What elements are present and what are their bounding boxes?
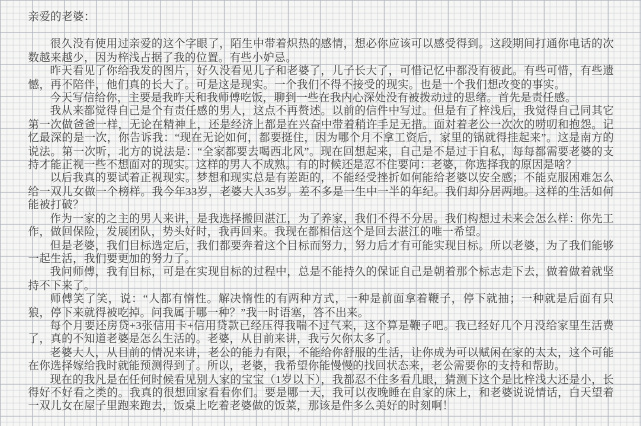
letter-paragraph-12: 现在的我凡是在任何时候看见别人家的宝宝（1岁以下），我都忍不住多看几眼，猜测下这… [28, 374, 614, 414]
letter-paragraph-4: 我从来都觉得自己是个有责任感的男人，这点不再赘述。以前的信件中写过。但是有了梓浅… [28, 105, 614, 172]
letter-paragraph-2: 昨天看见了你给我发的图片，好久没看见儿子和老婆了，儿子长大了，可惜记忆中都没有彼… [28, 65, 614, 92]
letter-salutation: 亲爱的老婆： [28, 11, 614, 24]
graph-paper-page: 亲爱的老婆： 很久没有使用过亲爱的这个字眼了，陌生中带着炽热的感情，想必你应该可… [0, 0, 641, 426]
letter-paragraph-7: 但是老婆，我们目标选定后，我们都要奔着这个目标而努力，努力后才有可能实现目标。所… [28, 240, 614, 267]
letter-paragraph-3: 今天写信给你，主要是我昨天和我师傅吃饭，聊到一些在我内心深处没有被拨动过的思绪。… [28, 92, 614, 105]
letter-body: 亲爱的老婆： 很久没有使用过亲爱的这个字眼了，陌生中带着炽热的感情，想必你应该可… [28, 11, 614, 414]
letter-paragraph-8: 我问师傅，我有目标，可是在实现目标的过程中，总是不能持久的保证自己是朝着那个标志… [28, 266, 614, 293]
letter-paragraph-9: 师傅笑了笑，说：“人都有惰性。解决惰性的有两种方式，一种是前面拿着鞭子，停下就抽… [28, 293, 614, 320]
letter-paragraph-1: 很久没有使用过亲爱的这个字眼了，陌生中带着炽热的感情，想必你应该可以感受得到。这… [28, 38, 614, 65]
letter-paragraph-11: 老婆大人，从目前的情况来讲，老公的能力有限，不能给你舒服的生活，让你成为可以赋闲… [28, 347, 614, 374]
letter-paragraph-5: 以后我真的要试着正视现实。梦想和现实总是有差距的，不能经受挫折如何能给老婆以安全… [28, 172, 614, 212]
letter-paragraph-10: 每个月要还房贷+3张信用卡+信用贷款已经压得我喘不过气来，这个算是鞭子吧。我已经… [28, 320, 614, 347]
letter-paragraph-6: 作为一家的之主的男人来讲，是我选择搬回湛江，为了养家，我们不得不分居。我们构想过… [28, 213, 614, 240]
